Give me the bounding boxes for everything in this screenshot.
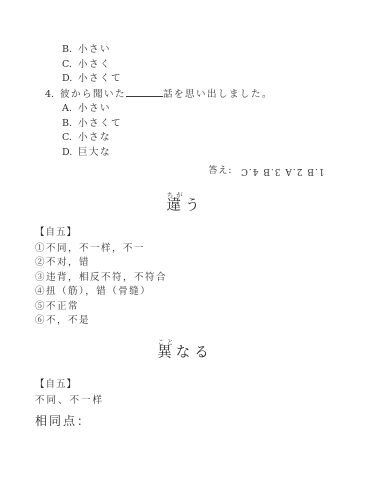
option-label: C. bbox=[62, 131, 78, 146]
option-text: 小さくて bbox=[78, 73, 122, 84]
definition-list: ①不同，不一样，不一 ②不对，错 ③违背，相反不符，不符合 ④扭（筋），错（骨缝… bbox=[0, 242, 370, 329]
definition-item: ①不同，不一样，不一 bbox=[0, 242, 370, 257]
option-text: 小さい bbox=[78, 103, 111, 114]
definition-item: ⑤不正常 bbox=[0, 300, 370, 315]
headword-okurigana: う bbox=[185, 198, 204, 214]
answer-key-line: 答え:1.B 2.A 3.B 4.C bbox=[0, 164, 370, 178]
option-text: 小さく bbox=[78, 59, 111, 70]
furigana: こと bbox=[157, 338, 176, 346]
option-label: D. bbox=[62, 146, 78, 161]
comparison-label: 相同点： bbox=[0, 413, 370, 429]
question-line: 4.彼から聞いた話を思い出しました。 bbox=[0, 87, 370, 103]
option-text: 巨大な bbox=[78, 147, 111, 158]
definition-item: ③违背，相反不符，不符合 bbox=[0, 271, 370, 286]
option-line: C.小さく bbox=[0, 58, 370, 73]
headword-kanji: 違 bbox=[167, 198, 186, 214]
option-label: C. bbox=[62, 58, 78, 73]
question-suffix: 話を思い出しました。 bbox=[163, 89, 273, 100]
answer-values-upside-down: 1.B 2.A 3.B 4.C bbox=[240, 164, 325, 178]
question-number: 4. bbox=[45, 88, 60, 103]
headword-chigau: 違ちがう bbox=[0, 191, 370, 215]
option-text: 小さい bbox=[78, 44, 111, 55]
option-line: C.小さな bbox=[0, 131, 370, 146]
headword-okurigana: なる bbox=[176, 345, 213, 361]
pos-tag: 【自五】 bbox=[0, 226, 370, 240]
definition-item: 不同、不一样 bbox=[0, 394, 370, 409]
headword-kotonaru: 異ことなる bbox=[0, 338, 370, 362]
document-page: B.小さい C.小さく D.小さくて 4.彼から聞いた話を思い出しました。 A.… bbox=[0, 0, 370, 480]
definition-item: ⑥不，不是 bbox=[0, 314, 370, 329]
question-prefix: 彼から聞いた bbox=[60, 89, 126, 100]
pos-tag: 【自五】 bbox=[0, 378, 370, 392]
option-line: D.巨大な bbox=[0, 146, 370, 161]
option-label: A. bbox=[62, 102, 78, 117]
option-line: B.小さくて bbox=[0, 117, 370, 132]
option-text: 小さな bbox=[78, 132, 111, 143]
definition-item: ④扭（筋），错（骨缝） bbox=[0, 285, 370, 300]
option-text: 小さくて bbox=[78, 118, 122, 129]
option-label: D. bbox=[62, 72, 78, 87]
option-line: D.小さくて bbox=[0, 72, 370, 87]
furigana: ちが bbox=[167, 191, 186, 199]
definition-item: ②不对，错 bbox=[0, 256, 370, 271]
option-line: B.小さい bbox=[0, 43, 370, 58]
fill-in-blank bbox=[126, 87, 163, 97]
answer-label: 答え: bbox=[208, 166, 232, 176]
headword-kanji: 異 bbox=[157, 345, 176, 361]
option-line: A.小さい bbox=[0, 102, 370, 117]
option-label: B. bbox=[62, 43, 78, 58]
option-label: B. bbox=[62, 117, 78, 132]
